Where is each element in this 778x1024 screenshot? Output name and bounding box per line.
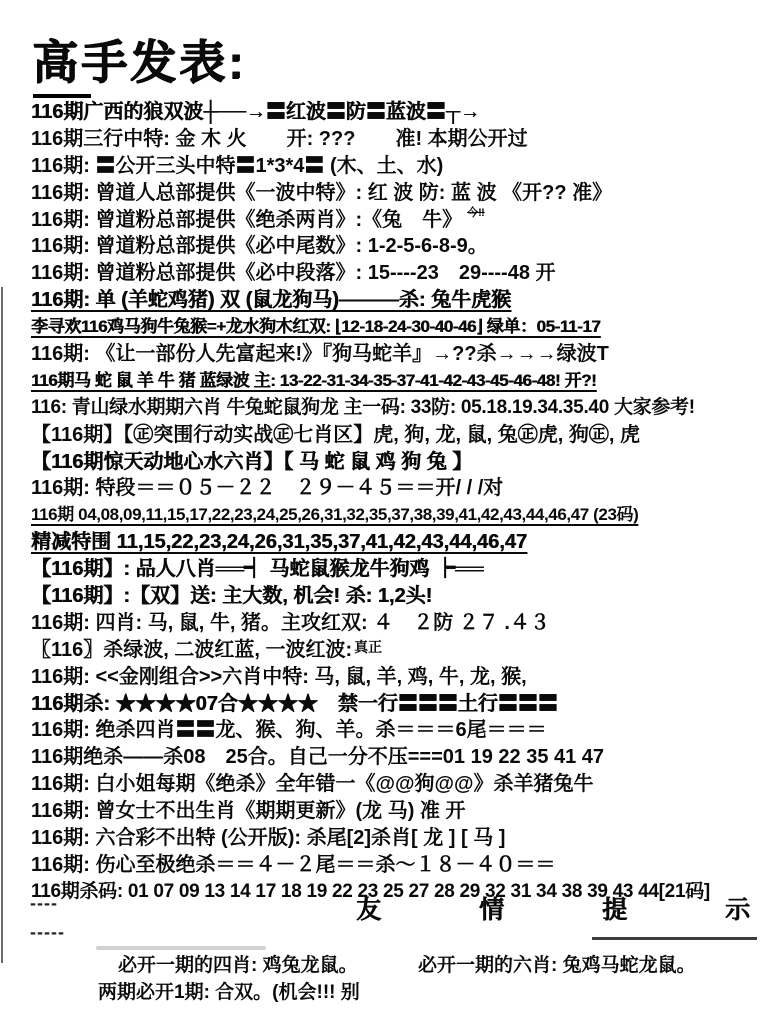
- tip-line: 【116期】: 品人八肖══┥ 马蛇鼠猴龙牛狗鸡 ┝══: [31, 553, 776, 580]
- friendly-notice-title: 友情提示: [356, 890, 778, 926]
- tip-line: 116期: <<金刚组合>>六肖中特: 马, 鼠, 羊, 鸡, 牛, 龙, 猴,: [31, 661, 776, 688]
- tip-line-text: 116期: 曾道人总部提供《一波中特》: 红 波 防: 蓝 波 《开?? 准》: [31, 176, 612, 205]
- notice-note-four-zodiac: 必开一期的四肖: 鸡兔龙鼠。: [118, 950, 358, 977]
- tip-line: 116期: 六合彩不出特 (公开版): 杀尾[2]杀肖[ 龙 ] [ 马 ]: [31, 822, 776, 849]
- tip-line: 〖116〗杀绿波, 二波红蓝, 一波红波:真正: [31, 634, 776, 661]
- tip-line: 116期: 伤心至极绝杀＝＝４－２尾＝＝杀～１８－４０＝＝: [31, 849, 776, 876]
- tip-line: 116期: 单 (羊蛇鸡猪) 双 (鼠龙狗马)———杀: 兔牛虎猴: [31, 284, 776, 311]
- tip-line-text: 116期马 蛇 鼠 羊 牛 猪 蓝绿波 主: 13-22-31-34-35-37…: [31, 366, 596, 391]
- tip-line-text: 116期: 六合彩不出特 (公开版): 杀尾[2]杀肖[ 龙 ] [ 马 ]: [31, 821, 505, 850]
- left-border-line: [1, 287, 3, 963]
- tip-line: 【116期惊天动地心水六肖】【 马 蛇 鼠 鸡 狗 兔 】: [31, 446, 776, 473]
- tip-line-text: 116期: 四肖: 马, 鼠, 牛, 猪。主攻红双: ４ ２防 ２７ .４３: [31, 606, 550, 635]
- tip-line: 116期: 曾道粉总部提供《绝杀两肖》:《兔 牛》今‼: [31, 204, 776, 231]
- tip-line: 116期绝杀——杀08 25合。自己一分不压===01 19 22 35 41 …: [31, 741, 776, 768]
- notice-underline: [592, 937, 757, 940]
- tip-line: 116期广西的狼双波┼──→〓红波〓防〓蓝波〓┬→: [31, 96, 776, 123]
- tip-line: 116期: 白小姐每期《绝杀》全年错一《@@狗@@》杀羊猪兔牛: [31, 768, 776, 795]
- tip-line-text: 116期: 伤心至极绝杀＝＝４－２尾＝＝杀～１８－４０＝＝: [31, 848, 555, 877]
- genuine-mark: 真正: [354, 637, 382, 657]
- tip-line: 116期: 特段＝＝０５－２２ ２９－４５＝＝开/ / /对: [31, 472, 776, 499]
- tip-line: 116期 04,08,09,11,15,17,22,23,24,25,26,31…: [31, 499, 776, 526]
- tip-line: 116期: 曾女士不出生肖《期期更新》(龙 马) 准 开: [31, 795, 776, 822]
- tip-line: 116期三行中特: 金 木 火 开: ??? 准! 本期公开过: [31, 123, 776, 150]
- tip-line-text: 116期 04,08,09,11,15,17,22,23,24,25,26,31…: [31, 500, 638, 525]
- tip-line-text: 116期: 曾道粉总部提供《必中尾数》: 1-2-5-6-8-9。: [31, 229, 488, 258]
- tip-line: 116期杀: ★★★★07合★★★★ 禁一行〓〓〓土行〓〓〓: [31, 688, 776, 715]
- tip-line: 116期马 蛇 鼠 羊 牛 猪 蓝绿波 主: 13-22-31-34-35-37…: [31, 365, 776, 392]
- notice-note-six-zodiac: 必开一期的六肖: 兔鸡马蛇龙鼠。: [418, 950, 696, 977]
- tip-line: 李寻欢116鸡马狗牛兔猴=+龙水狗木红双: ⌊12-18-24-30-40-46…: [31, 311, 776, 338]
- tip-sheet-page: 高手发表: 116期广西的狼双波┼──→〓红波〓防〓蓝波〓┬→ 116期三行中特…: [0, 0, 778, 1024]
- tip-line-text: 精减特围 11,15,22,23,24,26,31,35,37,41,42,43…: [31, 525, 527, 554]
- tip-line: 116期: 〓公开三头中特〓1*3*4〓 (木、土、水): [31, 150, 776, 177]
- tip-line-text: 【116期】: 品人八肖══┥ 马蛇鼠猴龙牛狗鸡 ┝══: [31, 552, 483, 581]
- tip-line-text: 116期: 曾女士不出生肖《期期更新》(龙 马) 准 开: [31, 794, 465, 823]
- tip-line-text: 116期: <<金刚组合>>六肖中特: 马, 鼠, 羊, 鸡, 牛, 龙, 猴,: [31, 660, 527, 689]
- tip-line-text: 116期: 白小姐每期《绝杀》全年错一《@@狗@@》杀羊猪兔牛: [31, 767, 594, 796]
- tip-line-text: 【116期】:【双】送: 主大数, 机会! 杀: 1,2头!: [31, 579, 432, 608]
- tip-line: 116: 青山绿水期期六肖 牛兔蛇鼠狗龙 主一码: 33防: 05.18.19.…: [31, 392, 776, 419]
- tip-line-text: 116期: 特段＝＝０５－２２ ２９－４５＝＝开/ / /对: [31, 471, 503, 500]
- tip-line-text: 【116期】【㊣突围行动实战㊣七肖区】虎, 狗, 龙, 鼠, 兔㊣虎, 狗㊣, …: [31, 418, 640, 447]
- margin-dash-top: ----: [30, 893, 58, 914]
- tip-line: 116期: 曾道人总部提供《一波中特》: 红 波 防: 蓝 波 《开?? 准》: [31, 177, 776, 204]
- tip-line-text: 〖116〗杀绿波, 二波红蓝, 一波红波:: [31, 633, 352, 662]
- tip-line: 116期: 绝杀四肖〓〓龙、猴、狗、羊。杀＝＝＝6尾＝＝＝: [31, 714, 776, 741]
- tip-line-text: 116期三行中特: 金 木 火 开: ??? 准! 本期公开过: [31, 122, 528, 151]
- tip-line: 116期: 《让一部份人先富起来!》『狗马蛇羊』→??杀→→→绿波T: [31, 338, 776, 365]
- tip-line-text: 116期: 曾道粉总部提供《必中段落》: 15----23 29----48 开: [31, 256, 556, 285]
- tip-line: 116期: 四肖: 马, 鼠, 牛, 猪。主攻红双: ４ ２防 ２７ .４３: [31, 607, 776, 634]
- tip-line-text: 116期: 绝杀四肖〓〓龙、猴、狗、羊。杀＝＝＝6尾＝＝＝: [31, 713, 547, 742]
- tip-line: 精减特围 11,15,22,23,24,26,31,35,37,41,42,43…: [31, 526, 776, 553]
- tip-line: 【116期】【㊣突围行动实战㊣七肖区】虎, 狗, 龙, 鼠, 兔㊣虎, 狗㊣, …: [31, 419, 776, 446]
- tip-line-text: 116: 青山绿水期期六肖 牛兔蛇鼠狗龙 主一码: 33防: 05.18.19.…: [31, 392, 695, 419]
- tip-line-text: 116期广西的狼双波┼──→〓红波〓防〓蓝波〓┬→: [31, 95, 480, 124]
- margin-dash-bottom: -----: [30, 922, 65, 943]
- tip-line-text: 116期: 《让一部份人先富起来!》『狗马蛇羊』→??杀→→→绿波T: [31, 337, 609, 366]
- tip-line: 【116期】:【双】送: 主大数, 机会! 杀: 1,2头!: [31, 580, 776, 607]
- today-stamp: 今‼: [467, 209, 482, 218]
- tip-line: 116期: 曾道粉总部提供《必中尾数》: 1-2-5-6-8-9。: [31, 230, 776, 257]
- page-title: 高手发表:: [32, 26, 246, 92]
- tip-line-text: 116期: 单 (羊蛇鸡猪) 双 (鼠龙狗马)———杀: 兔牛虎猴: [31, 283, 511, 312]
- tip-line-text: 116期绝杀——杀08 25合。自己一分不压===01 19 22 35 41 …: [31, 740, 604, 769]
- tip-line-text: 李寻欢116鸡马狗牛兔猴=+龙水狗木红双: ⌊12-18-24-30-40-46…: [31, 312, 600, 337]
- tip-line-text: 116期: 曾道粉总部提供《绝杀两肖》:《兔 牛》: [31, 203, 462, 232]
- tip-line-text: 116期杀: ★★★★07合★★★★ 禁一行〓〓〓土行〓〓〓: [31, 687, 558, 716]
- tips-list: 116期广西的狼双波┼──→〓红波〓防〓蓝波〓┬→ 116期三行中特: 金 木 …: [31, 96, 776, 903]
- tip-line: 116期: 曾道粉总部提供《必中段落》: 15----23 29----48 开: [31, 257, 776, 284]
- notice-note-double: 两期必开1期: 合双。(机会!!! 别: [98, 977, 360, 1004]
- tip-line-text: 116期: 〓公开三头中特〓1*3*4〓 (木、土、水): [31, 149, 443, 178]
- tip-line-text: 【116期惊天动地心水六肖】【 马 蛇 鼠 鸡 狗 兔 】: [31, 445, 472, 474]
